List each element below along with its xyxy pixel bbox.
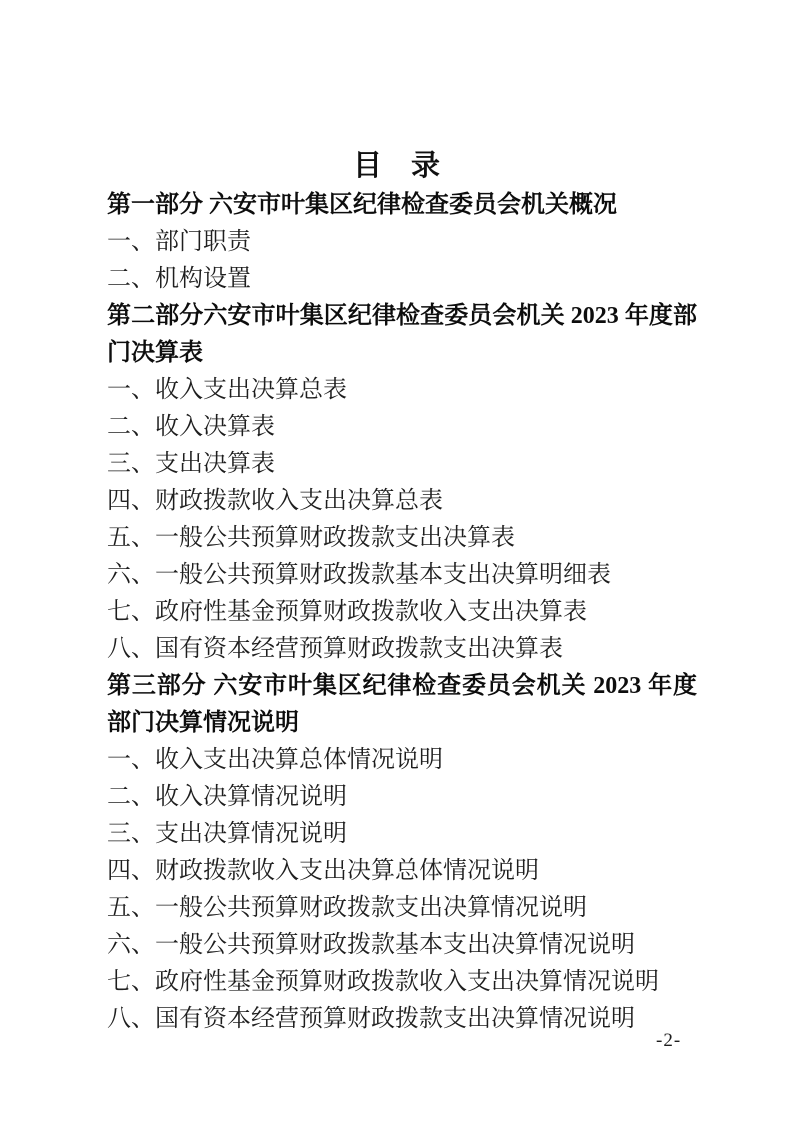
toc-item-2-3: 三、支出决算表 [107, 446, 697, 483]
toc-item-1-2: 二、机构设置 [107, 261, 697, 298]
toc-item-2-2: 二、收入决算表 [107, 409, 697, 446]
toc-item-3-5: 五、一般公共预算财政拨款支出决算情况说明 [107, 890, 697, 927]
page-number: -2- [656, 1030, 681, 1052]
toc-item-2-1: 一、收入支出决算总表 [107, 372, 697, 409]
toc-item-3-8: 八、国有资本经营预算财政拨款支出决算情况说明 [107, 1001, 697, 1038]
toc-item-3-3: 三、支出决算情况说明 [107, 816, 697, 853]
toc-item-2-6: 六、一般公共预算财政拨款基本支出决算明细表 [107, 557, 697, 594]
document-page: 目 录 第一部分 六安市叶集区纪律检查委员会机关概况 一、部门职责 二、机构设置… [0, 0, 793, 1122]
toc-item-3-4: 四、财政拨款收入支出决算总体情况说明 [107, 853, 697, 890]
toc-item-3-7: 七、政府性基金预算财政拨款收入支出决算情况说明 [107, 964, 697, 1001]
section-3-heading: 第三部分 六安市叶集区纪律检查委员会机关 2023 年度部门决算情况说明 [107, 668, 697, 742]
toc-item-3-6: 六、一般公共预算财政拨款基本支出决算情况说明 [107, 927, 697, 964]
toc-item-2-4: 四、财政拨款收入支出决算总表 [107, 483, 697, 520]
page-title: 目 录 [0, 0, 793, 187]
section-2-heading: 第二部分六安市叶集区纪律检查委员会机关 2023 年度部门决算表 [107, 298, 697, 372]
table-of-contents: 第一部分 六安市叶集区纪律检查委员会机关概况 一、部门职责 二、机构设置 第二部… [0, 187, 697, 1038]
toc-item-2-7: 七、政府性基金预算财政拨款收入支出决算表 [107, 594, 697, 631]
toc-item-2-5: 五、一般公共预算财政拨款支出决算表 [107, 520, 697, 557]
toc-item-1-1: 一、部门职责 [107, 224, 697, 261]
toc-item-2-8: 八、国有资本经营预算财政拨款支出决算表 [107, 631, 697, 668]
section-1-heading: 第一部分 六安市叶集区纪律检查委员会机关概况 [107, 187, 697, 224]
toc-item-3-2: 二、收入决算情况说明 [107, 779, 697, 816]
toc-item-3-1: 一、收入支出决算总体情况说明 [107, 742, 697, 779]
